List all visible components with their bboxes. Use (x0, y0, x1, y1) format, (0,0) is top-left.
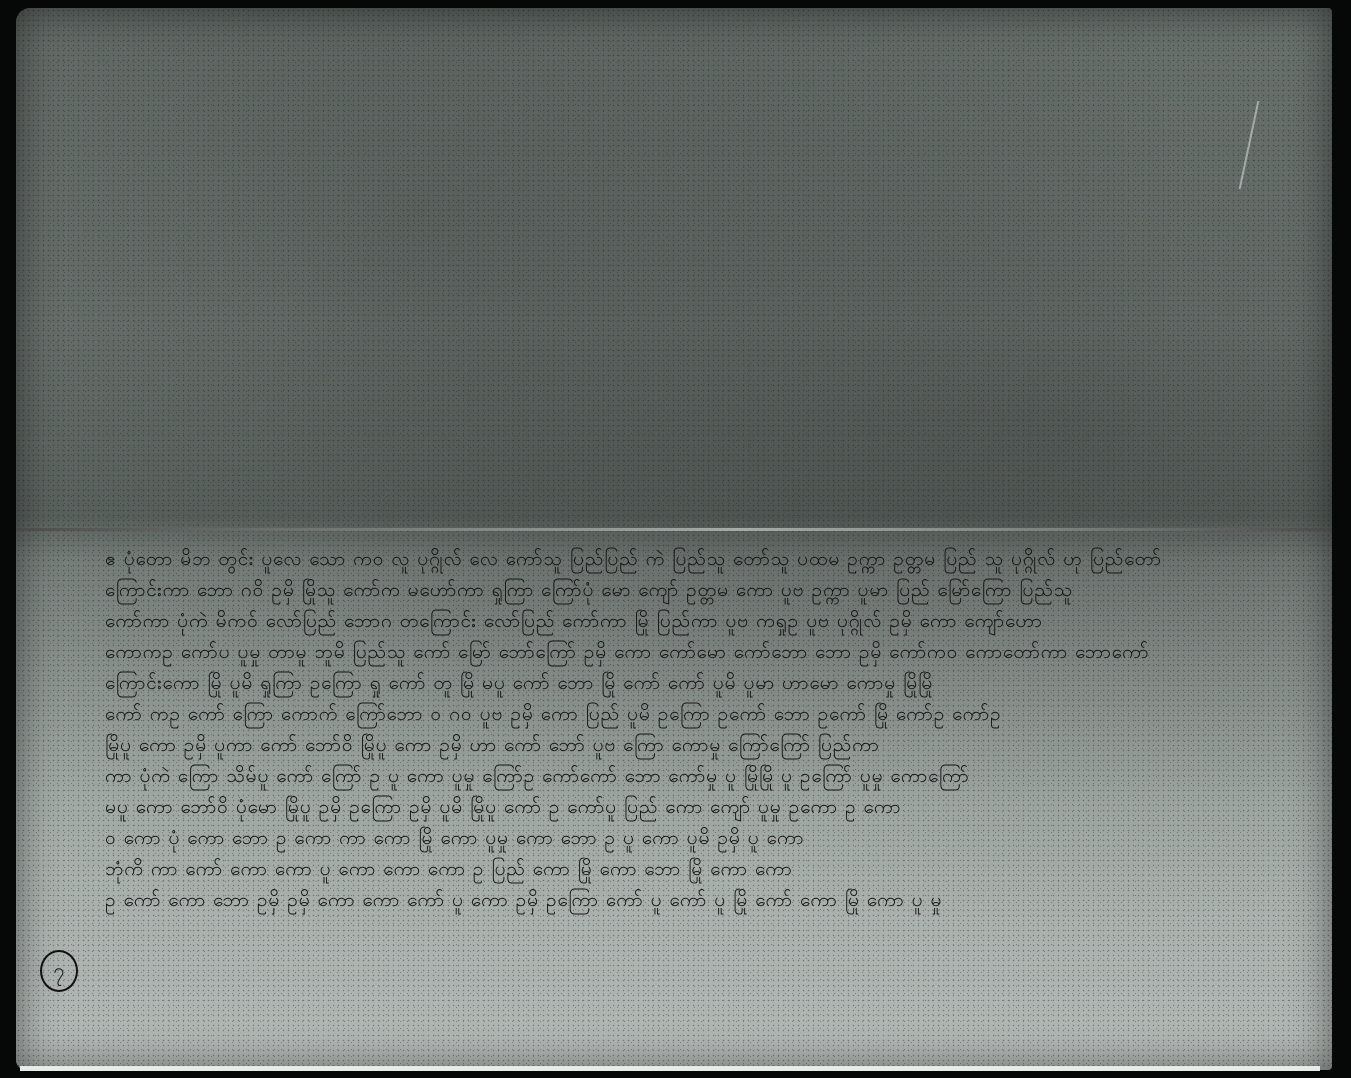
text-line: ကြောင်းကော မြို ပူမိ ရှုကြာ ဥကြော ရှု ကေ… (105, 668, 1305, 699)
page-bottom-edge (20, 1066, 1320, 1071)
text-line: ဧ ပုံတော မိဘ တွင်း ပူလေ သော ကဝ လူ ပုဂ္ဂိ… (105, 544, 1305, 575)
text-line: မြိုပူ ကော ဥမှိ ပူကာ ကော် ဘော်ဝိ မြိုပူ … (105, 730, 1305, 761)
text-line: ကြောင်းကာ ဘော ဂဝိ ဥမှိ မြိုသူ ကော်က မဟော… (105, 575, 1305, 606)
text-line: မပူ ကော ဘော်ဝိ ပုံမော မြိုပူ ဥမှိ ဥကြော … (105, 792, 1305, 823)
text-line: ကာ ပုံကဲ ကြော သိမ်ပူ ကော် ကြော် ဥ ပူ ကော… (105, 761, 1305, 792)
manuscript-text-block: ဧ ပုံတော မိဘ တွင်း ပူလေ သော ကဝ လူ ပုဂ္ဂိ… (105, 544, 1305, 916)
text-line: ဥ ကော် ကော ဘော ဥမှိ ဥမှိ ကော ကော ကော် ပူ… (105, 885, 1305, 916)
text-line: ဝ ကော ပုံ ကော ဘော ဥ ကော ကာ ကော မြို ကော … (105, 823, 1305, 854)
text-line: ကော် ကဥ ကော် ကြော ကောက် ကြော်ဘော ဝ ဂဝ ပူ… (105, 699, 1305, 730)
text-line: ဘုံကိ ကာ ကော် ကော ကော ပူ ကော ကော ကော ဥ ပ… (105, 854, 1305, 885)
text-line: ကော်ကာ ပုံကဲ မိကဝ် လော်ပြည် ဘောဂ တကြောင်… (105, 606, 1305, 637)
page-fold-line (16, 528, 1332, 531)
page-number-circle: ၇ (40, 950, 78, 992)
text-line: ကောကဥ ကော်ပ ပူမှု တာမူ ဘူမိ ပြည်သူ ကော် … (105, 637, 1305, 668)
